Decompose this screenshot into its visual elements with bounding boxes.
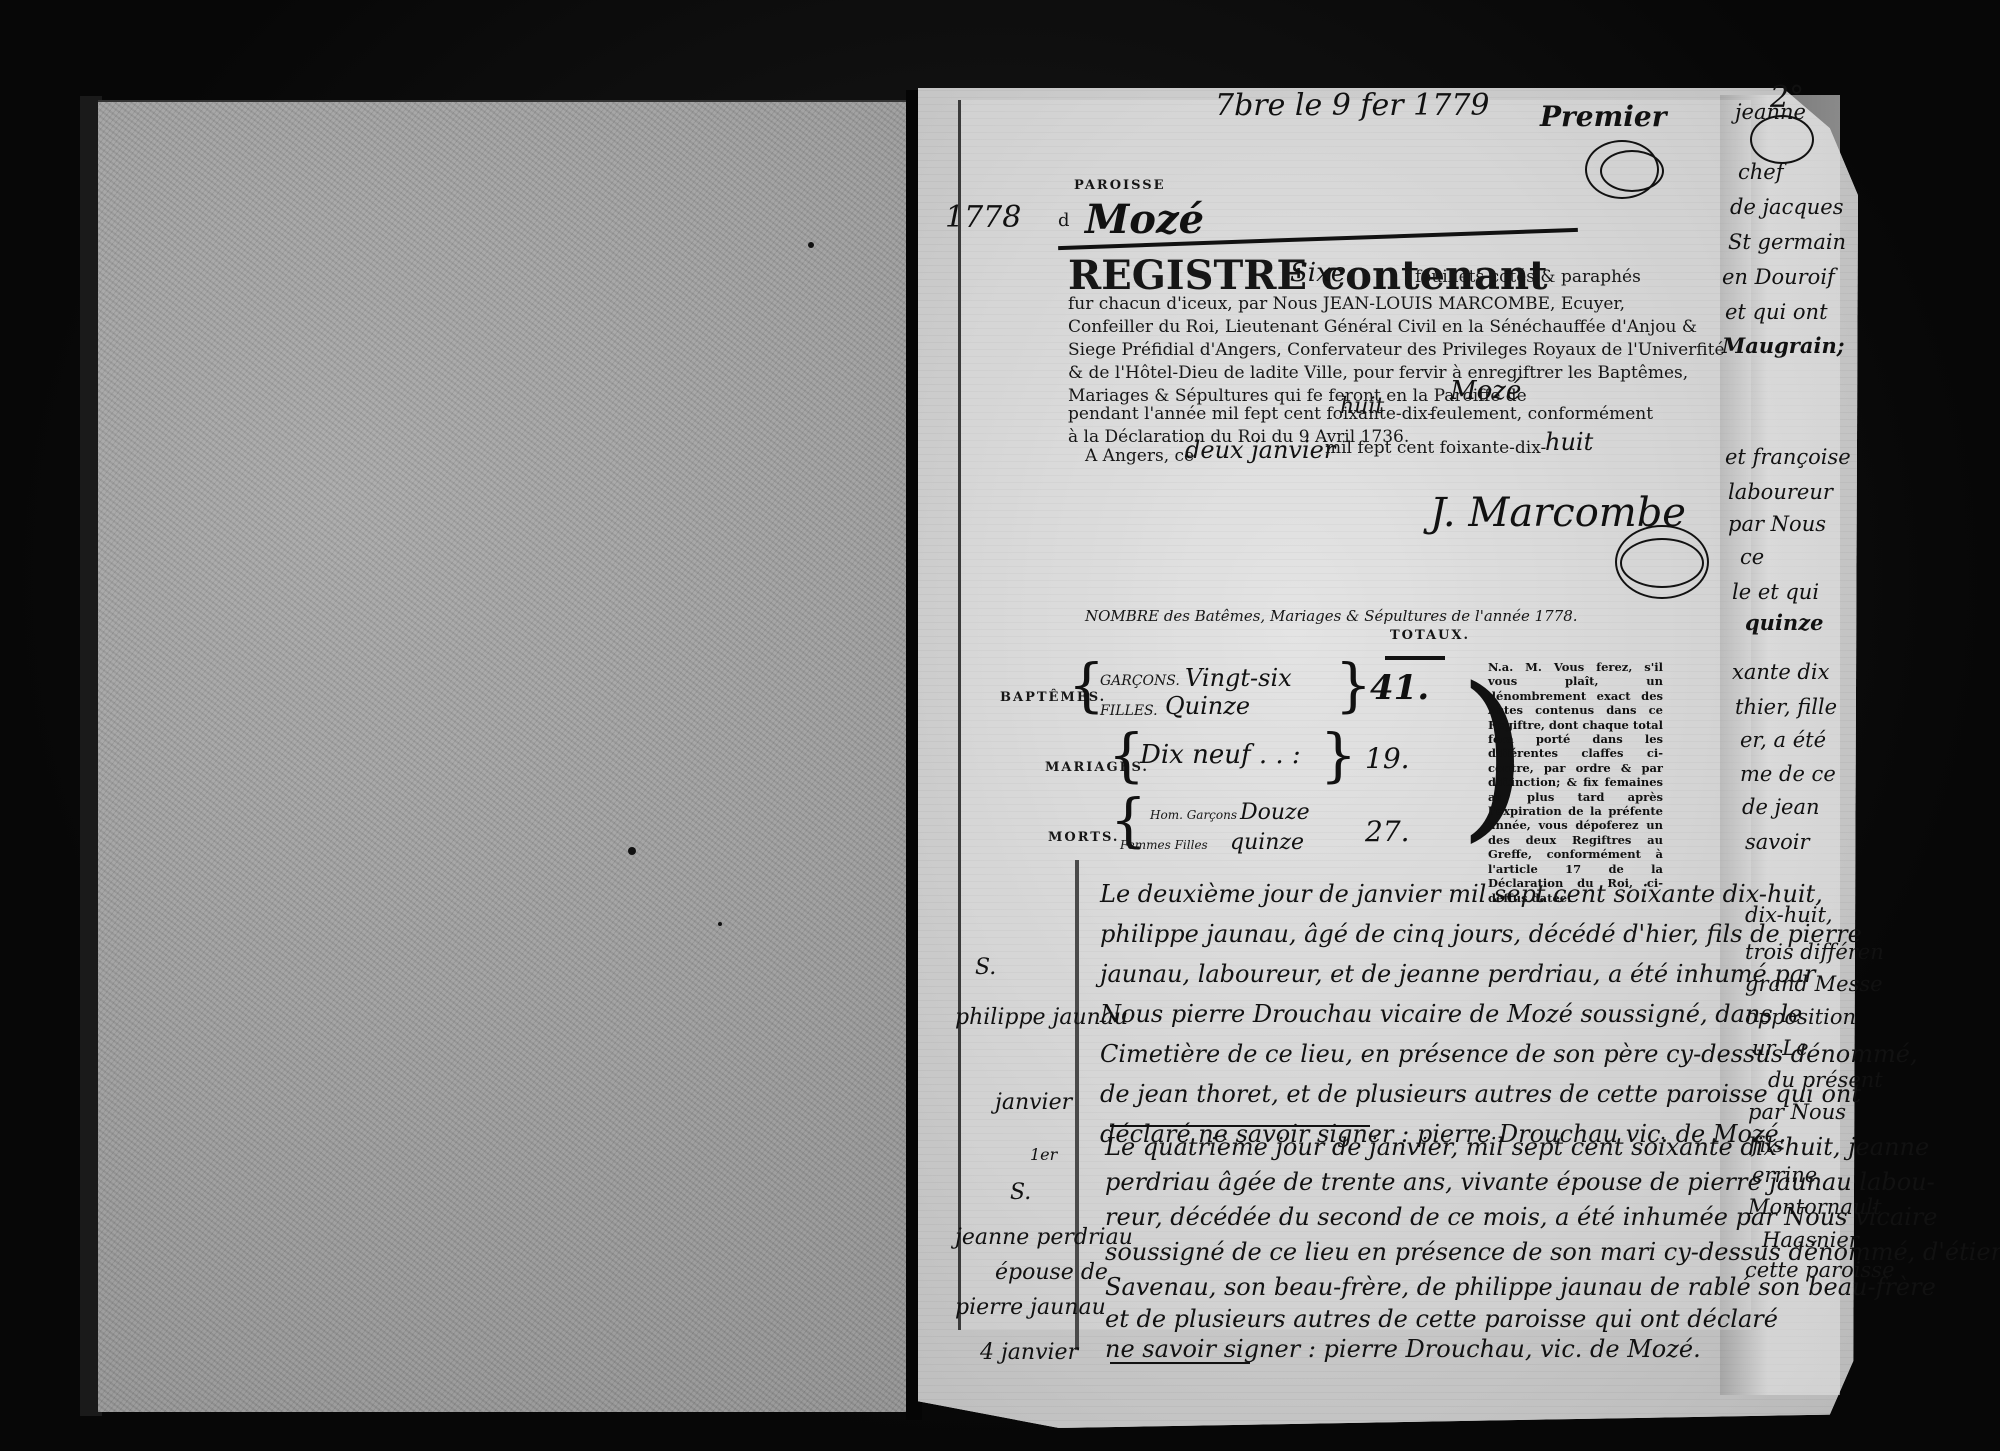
morts-hommes-value: Douze (1240, 800, 1310, 825)
fragment: de jean (1742, 795, 1820, 819)
paper-speck (808, 242, 814, 248)
date-handwritten: deux janvier (1185, 436, 1335, 464)
heading-line-9: A Angers, ce (1085, 445, 1194, 468)
summary-title: NOMBRE des Batêmes, Mariages & Sépulture… (1085, 607, 1578, 625)
fragment: Haasnier (1762, 1228, 1859, 1252)
premier-label: Premier (1540, 100, 1666, 133)
entry1-line: jaunau, laboureur, et de jeanne perdriau… (1100, 960, 1816, 988)
entry1-line: Le deuxième jour de janvier mil sept cen… (1100, 880, 1823, 908)
feuillets-count: Sixe (1290, 258, 1346, 288)
fragment: ce (1740, 545, 1764, 569)
entry1-margin-s: S. (975, 955, 996, 980)
mariages-value: Dix neuf . . : (1140, 740, 1301, 770)
paroisse-label: PAROISSE (1074, 178, 1166, 193)
morts-femmes-label: Femmes Filles (1120, 838, 1208, 852)
top-date-note: 7bre le 9 fer 1779 (1215, 88, 1490, 123)
entry2-margin-date: 4 janvier (980, 1340, 1078, 1365)
entry2-margin-s: S. (1010, 1180, 1031, 1205)
fragment: quinze (1745, 610, 1823, 635)
heading-line-5: & de l'Hôtel-Dieu de ladite Ville, pour … (1068, 362, 1688, 385)
fragment: grand Messe (1745, 972, 1883, 996)
heading-line-9b: mil fept cent foixante-dix- (1325, 437, 1546, 460)
fragment: xante dix (1732, 660, 1829, 684)
fragment: er, a été (1740, 728, 1826, 752)
baptemes-brace-right: } (1335, 660, 1372, 710)
fragment: le et qui (1732, 580, 1819, 604)
year-handwritten-2: huit (1545, 428, 1593, 456)
filles-label: FILLES. (1100, 703, 1158, 719)
paroisse-handwritten: Mozé (1450, 376, 1521, 406)
entry-underline (1110, 1362, 1250, 1364)
fragment: thier, fille (1735, 695, 1837, 719)
paper-speck (718, 922, 722, 926)
fragment: et qui ont (1725, 300, 1828, 324)
fragment: errine (1752, 1163, 1817, 1187)
baptemes-total: 41. (1370, 668, 1429, 708)
heading-line-1b: feuillets cotés & paraphés (1415, 266, 1641, 289)
entry2-line: Le quatrième jour de janvier, mil sept c… (1105, 1133, 1929, 1161)
heading-line-3: Confeiller du Roi, Lieutenant Général Ci… (1068, 316, 1697, 339)
heading-line-7b: feulement, conformément (1430, 403, 1653, 426)
entry2-margin-order: 1er (1030, 1145, 1057, 1164)
fragment: chef (1738, 160, 1784, 184)
paraph-flourish (1600, 150, 1664, 192)
totaux-rule (1385, 656, 1445, 660)
entry2-margin-epouse: épouse de (995, 1260, 1108, 1285)
entry-separator (1110, 1125, 1370, 1127)
morts-total: 27. (1365, 815, 1410, 848)
fragment: ur Le (1752, 1036, 1809, 1060)
paper-speck (628, 847, 636, 855)
fragment: cette paroisse (1745, 1258, 1895, 1282)
fragment: trois différen (1745, 940, 1884, 964)
left-blank-page (98, 100, 906, 1412)
mariages-total: 19. (1365, 742, 1410, 775)
fragment: fils (1752, 1133, 1784, 1157)
fragment: opposition (1745, 1005, 1856, 1029)
heading-line-2: fur chacun d'iceux, par Nous JEAN-LOUIS … (1068, 293, 1625, 316)
fragment: jeanne (1735, 100, 1806, 124)
entry2-margin-husband: pierre jaunau (955, 1295, 1106, 1320)
fragment: de jacques (1730, 195, 1844, 219)
fragment: me de ce (1740, 762, 1836, 786)
morts-femmes-value: quinze (1230, 830, 1304, 855)
fragment: du présent (1768, 1068, 1883, 1092)
signature-flourish (1620, 538, 1704, 588)
year-handwritten: huit (1340, 394, 1384, 419)
paroisse-prefix: d (1058, 210, 1070, 231)
year-note: 1778 (945, 200, 1021, 235)
heading-line-4: Siege Préfidial d'Angers, Confervateur d… (1068, 339, 1725, 362)
entry1-line: de jean thoret, et de plusieurs autres d… (1100, 1080, 1861, 1108)
totaux-label: TOTAUX. (1390, 628, 1470, 643)
morts-hommes-label: Hom. Garçons (1150, 808, 1237, 822)
entry2-line: ne savoir signer : pierre Drouchau, vic.… (1105, 1335, 1701, 1363)
entry1-margin-month: janvier (995, 1090, 1072, 1115)
fragment: St germain (1728, 230, 1846, 254)
entry1-line: Nous pierre Drouchau vicaire de Mozé sou… (1100, 1000, 1802, 1028)
fragment: par Nous (1748, 1100, 1846, 1124)
fragment: par Nous (1728, 512, 1826, 536)
fragment: dix-huit, (1745, 903, 1833, 927)
filles-value: Quinze (1165, 692, 1250, 720)
paroisse-name: Mozé (1085, 196, 1204, 243)
garcons-label: GARÇONS. (1100, 673, 1180, 689)
instructions-notice: N.a. M. Vous ferez, s'il vous plaît, un … (1488, 660, 1663, 905)
garcons-value: Vingt-six (1185, 664, 1292, 692)
morts-label: MORTS. (1048, 830, 1119, 845)
fragment: Montornault (1748, 1195, 1882, 1219)
fragment: en Douroif (1722, 265, 1835, 289)
fragment: Maugrain; (1722, 333, 1844, 358)
fragment: et françoise (1725, 445, 1851, 469)
mariages-brace-right: } (1320, 730, 1357, 780)
fragment: laboureur (1728, 480, 1833, 504)
entry2-line: et de plusieurs autres de cette paroisse… (1105, 1305, 1778, 1333)
fragment: savoir (1745, 830, 1810, 854)
